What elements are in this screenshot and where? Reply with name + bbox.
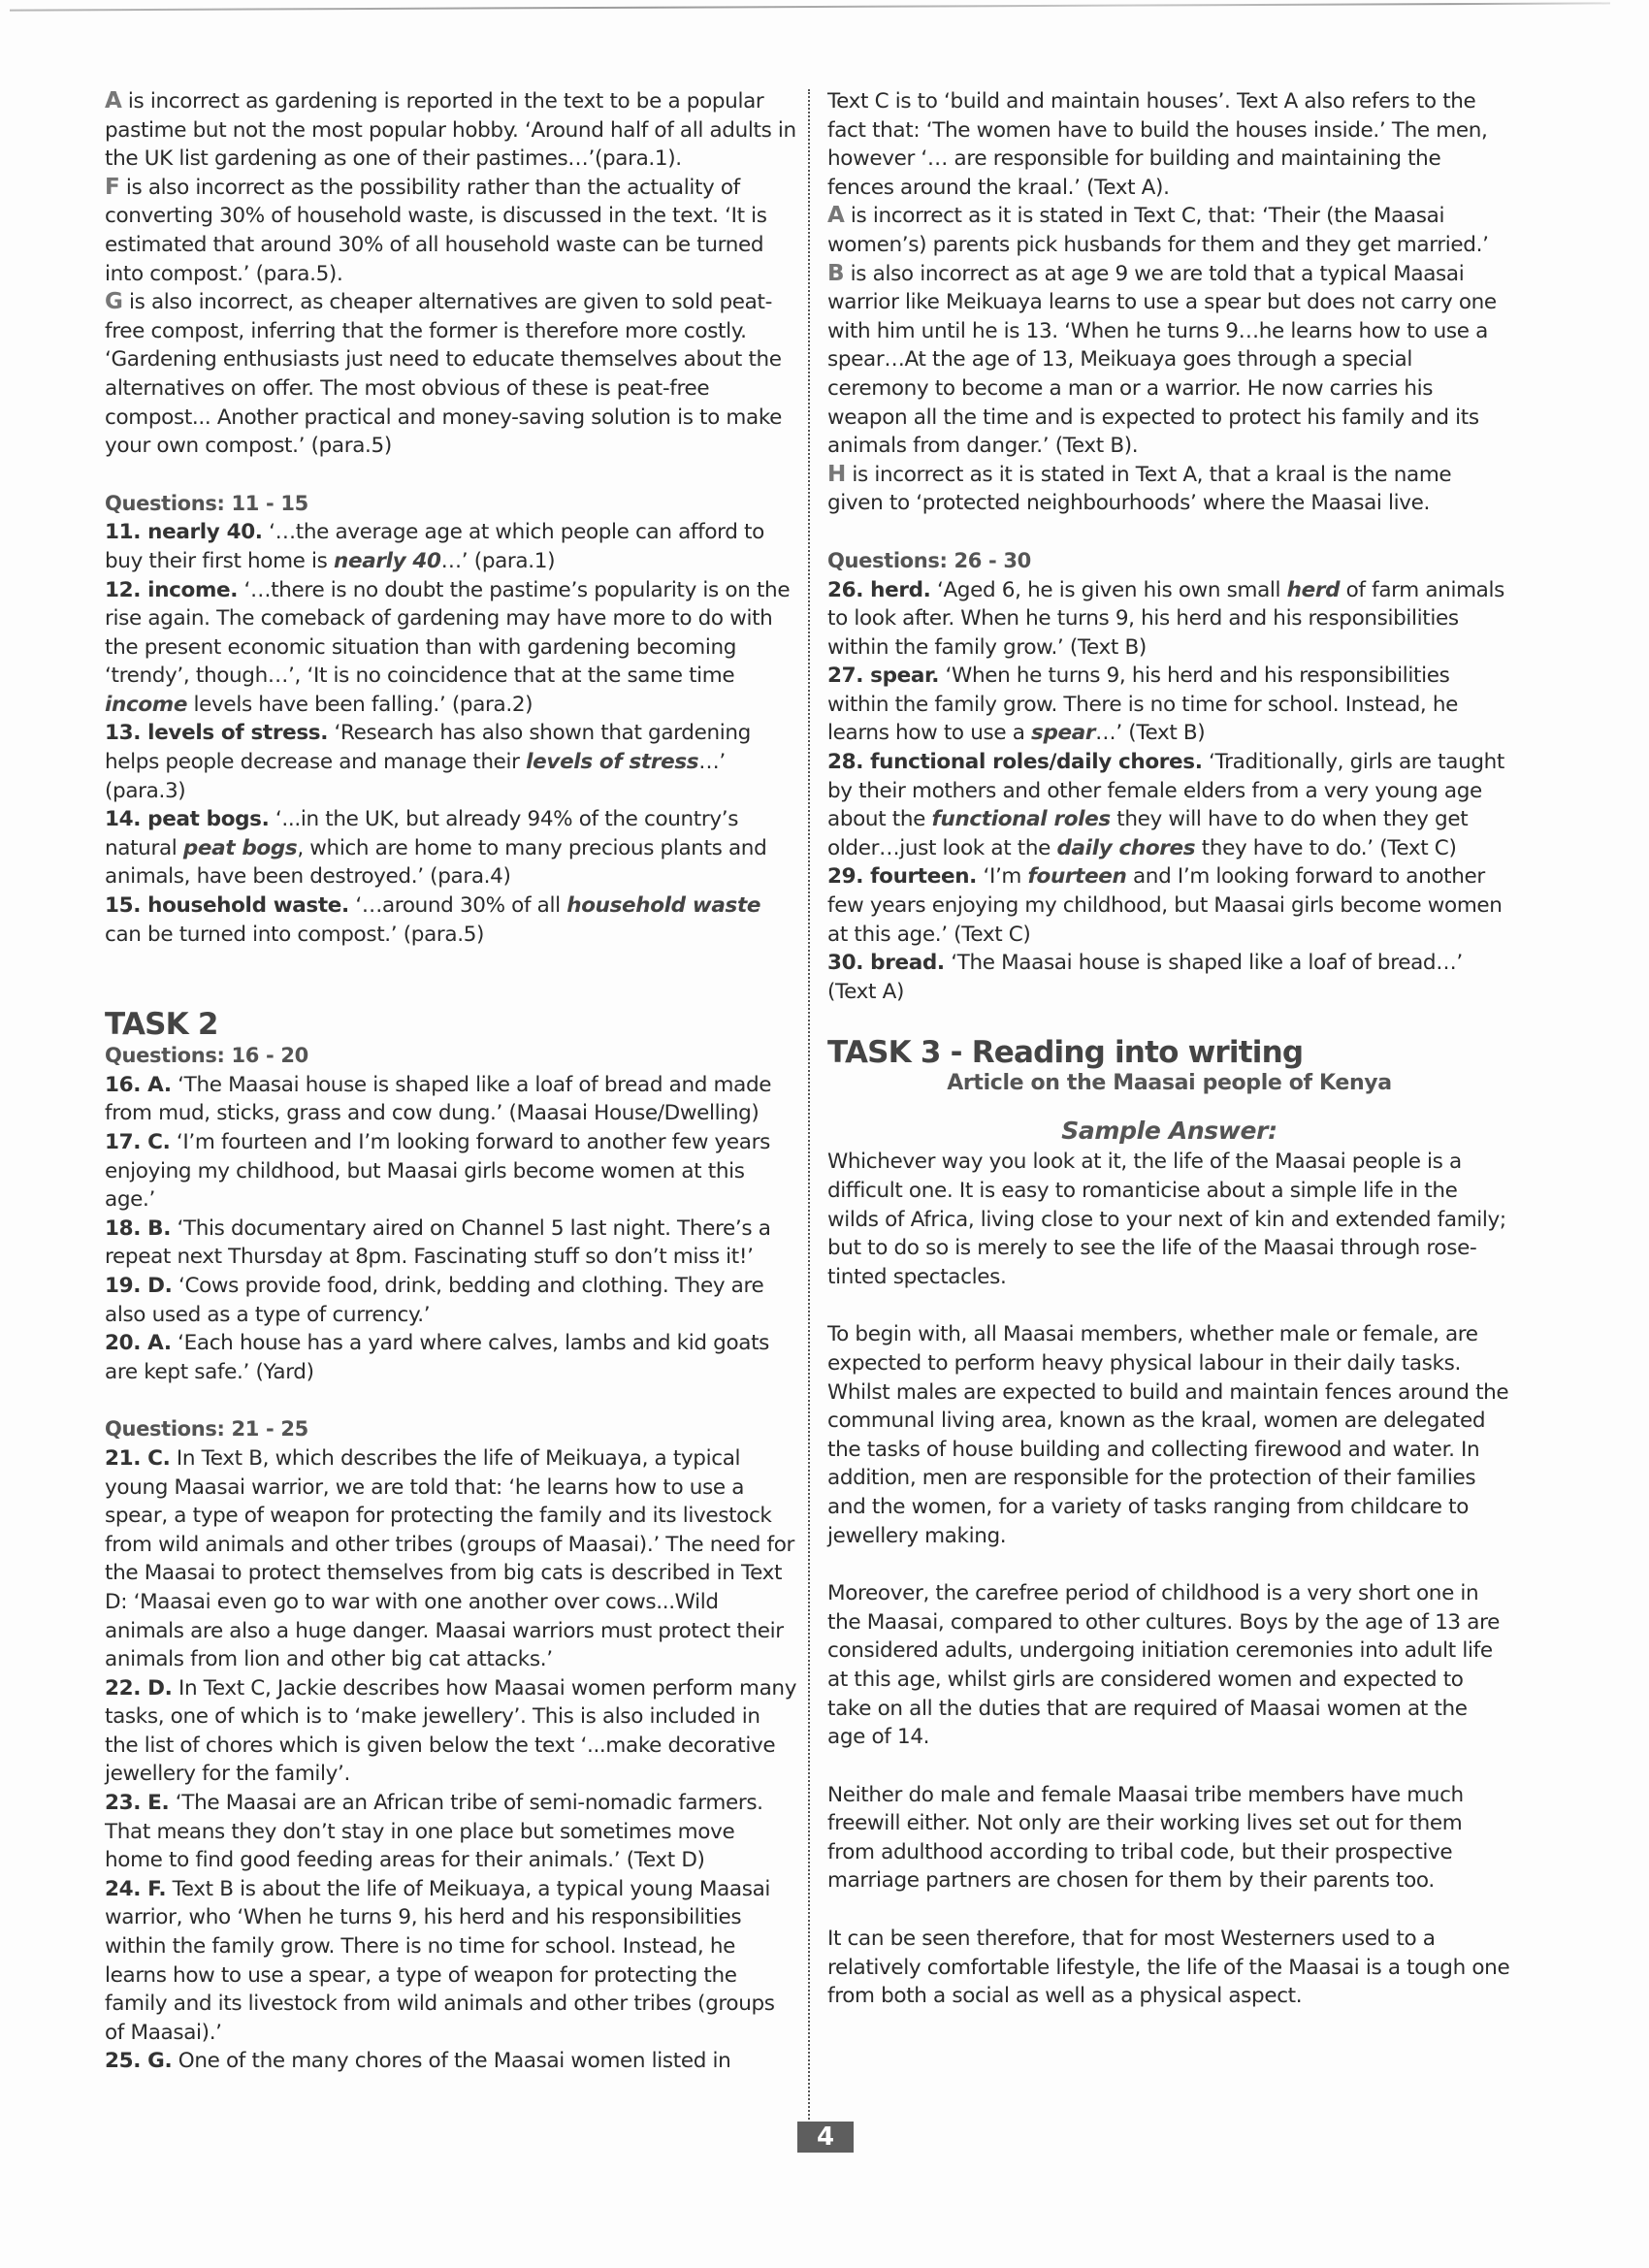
answer-item: 17. C. ‘I’m fourteen and I’m looking for… — [105, 1128, 798, 1215]
answer-item: 14. peat bogs. ‘...in the UK, but alread… — [105, 805, 798, 891]
answer-item: 23. E. ‘The Maasai are an African tribe … — [105, 1789, 798, 1875]
right-column: Text C is to ‘build and maintain houses’… — [827, 87, 1511, 2011]
answer-item: 29. fourteen. ‘I’m fourteen and I’m look… — [827, 862, 1511, 949]
answer-item: 27. spear. ‘When he turns 9, his herd an… — [827, 662, 1511, 748]
sample-answer-label: Sample Answer: — [827, 1115, 1511, 1148]
essay-paragraph: To begin with, all Maasai members, wheth… — [827, 1320, 1511, 1550]
essay-paragraph: Whichever way you look at it, the life o… — [827, 1148, 1511, 1291]
explanation-item: H is incorrect as it is stated in Text A… — [827, 461, 1511, 518]
answer-item: 15. household waste. ‘…around 30% of all… — [105, 891, 798, 949]
task-3-subtitle: Article on the Maasai people of Kenya — [827, 1070, 1511, 1097]
explanation-item: F is also incorrect as the possibility r… — [105, 174, 798, 288]
answer-item: 24. F. Text B is about the life of Meiku… — [105, 1875, 798, 2048]
answer-item: 18. B. ‘This documentary aired on Channe… — [105, 1215, 798, 1272]
answer-item: 20. A. ‘Each house has a yard where calv… — [105, 1329, 798, 1386]
questions-heading: Questions: 16 - 20 — [105, 1042, 798, 1071]
answer-item: 19. D. ‘Cows provide food, drink, beddin… — [105, 1272, 798, 1329]
answer-item: 12. income. ‘…there is no doubt the past… — [105, 576, 798, 720]
page-number: 4 — [797, 2122, 854, 2153]
answer-item: 13. levels of stress. ‘Research has also… — [105, 719, 798, 805]
task-3-title: TASK 3 - Reading into writing — [827, 1035, 1511, 1070]
answer-item: 28. functional roles/daily chores. ‘Trad… — [827, 748, 1511, 862]
column-divider — [808, 89, 810, 2126]
answer-item: 21. C. In Text B, which describes the li… — [105, 1444, 798, 1674]
answer-item: 25. G. One of the many chores of the Maa… — [105, 2047, 798, 2076]
left-column: A is incorrect as gardening is reported … — [105, 87, 798, 2076]
questions-heading: Questions: 11 - 15 — [105, 490, 798, 519]
task-2-title: TASK 2 — [105, 1007, 798, 1042]
explanation-item: B is also incorrect as at age 9 we are t… — [827, 260, 1511, 461]
answer-item: 30. bread. ‘The Maasai house is shaped l… — [827, 949, 1511, 1006]
essay-paragraph: Neither do male and female Maasai tribe … — [827, 1781, 1511, 1895]
questions-heading: Questions: 21 - 25 — [105, 1415, 798, 1444]
explanation-item: A is incorrect as it is stated in Text C… — [827, 202, 1511, 259]
answer-item: 26. herd. ‘Aged 6, he is given his own s… — [827, 576, 1511, 663]
explanation-item: G is also incorrect, as cheaper alternat… — [105, 288, 798, 461]
scan-top-edge — [10, 2, 1610, 11]
essay-paragraph: It can be seen therefore, that for most … — [827, 1925, 1511, 2011]
questions-heading: Questions: 26 - 30 — [827, 547, 1511, 576]
essay-paragraph: Moreover, the carefree period of childho… — [827, 1579, 1511, 1752]
continuation-text: Text C is to ‘build and maintain houses’… — [827, 87, 1511, 202]
explanation-item: A is incorrect as gardening is reported … — [105, 87, 798, 174]
answer-item: 11. nearly 40. ‘…the average age at whic… — [105, 518, 798, 575]
answer-item: 22. D. In Text C, Jackie describes how M… — [105, 1674, 798, 1789]
answer-item: 16. A. ‘The Maasai house is shaped like … — [105, 1071, 798, 1128]
